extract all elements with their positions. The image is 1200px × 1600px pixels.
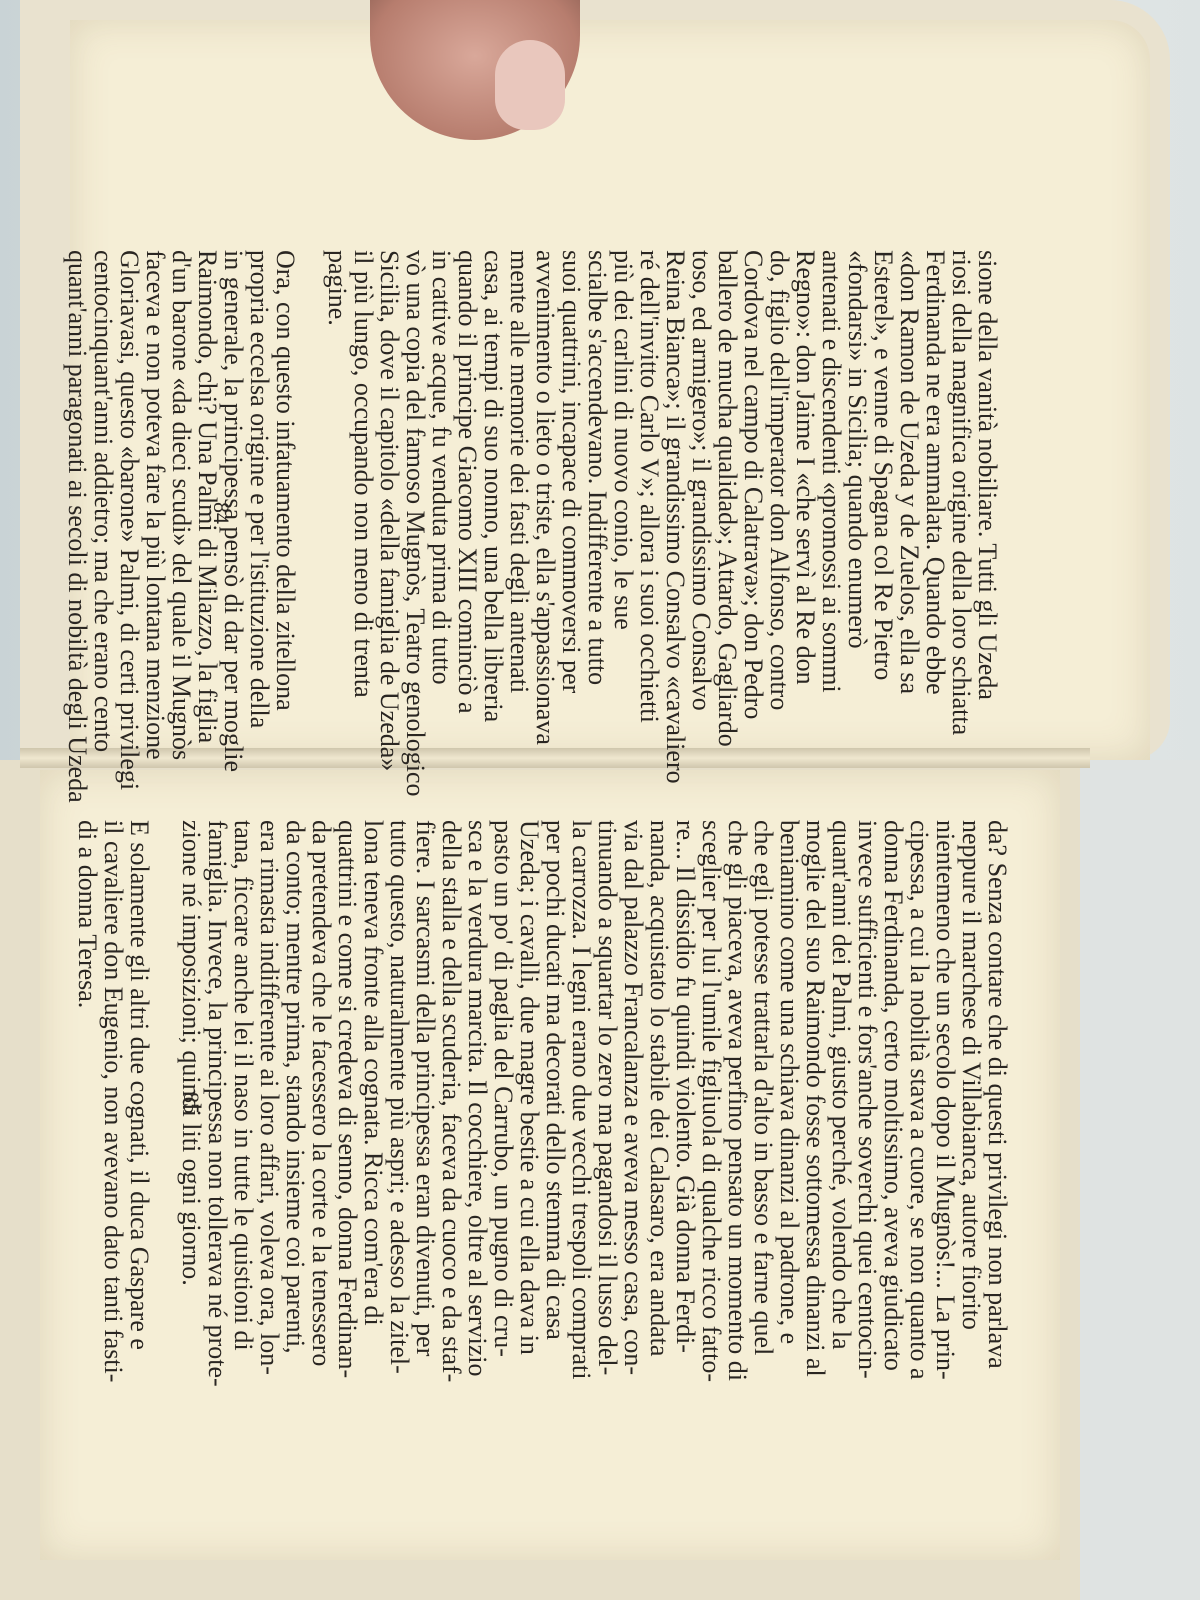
text-line: sca e la verdura marcita. Il cocchiere, … (464, 820, 490, 1420)
page-85-text: da? Senza contare che di questi privileg… (74, 820, 1010, 1420)
text-line: più dei carlini di nuovo conio, le sue (610, 250, 636, 730)
text-line: riosi della magnifica origine della loro… (948, 250, 974, 730)
text-line: della stalla e della scuderia, faceva da… (438, 820, 464, 1420)
text-line: Ferdinanda ne era ammalata. Quando ebbe (922, 250, 948, 730)
text-line: centocinquant'anni addietro; ma che eran… (90, 250, 116, 730)
text-line: do, figlio dell'imperator don Alfonso, c… (766, 250, 792, 730)
text-line: era rimasta indifferente ai loro affari,… (256, 820, 282, 1420)
text-line: che gli piaceva, aveva perfino pensato u… (724, 820, 750, 1420)
text-line: suoi quattrini, incapace di commoversi p… (558, 250, 584, 730)
text-line: Sicilia, dove il capitolo «della famigli… (376, 250, 402, 730)
text-line: neppure il marchese di Villabianca, auto… (958, 820, 984, 1420)
text-line: fiere. I sarcasmi della principessa eran… (412, 820, 438, 1420)
text-line (152, 820, 178, 1420)
text-line: Ora, con questo infatuamento della zitel… (272, 250, 298, 730)
text-line: pagine. (324, 250, 350, 730)
text-line: lona teneva fronte alla cognata. Ricca c… (360, 820, 386, 1420)
text-line: d'un barone «da dieci scudi» del quale i… (168, 250, 194, 730)
text-line: quattrini e come si credeva di senno, do… (334, 820, 360, 1420)
text-line: moglie del suo Raimondo fosse sottomessa… (802, 820, 828, 1420)
text-line: beniamino come una schiava dinanzi al pa… (776, 820, 802, 1420)
text-line: pasto un po' di paglia del Carrubo, un p… (490, 820, 516, 1420)
text-line: avvenimento o lieto o triste, ella s'app… (532, 250, 558, 730)
text-line: per pochi ducati ma decorati dello stemm… (542, 820, 568, 1420)
text-line: Cordova nel campo di Calatrava»; don Ped… (740, 250, 766, 730)
text-line: Uzeda; i cavalli, due magre bestie a cui… (516, 820, 542, 1420)
text-line: propria eccelsa origine e per l'istituzi… (246, 250, 272, 730)
text-line: antenati e discendenti «promossi ai somm… (818, 250, 844, 730)
text-line: via dal palazzo Francalanza e aveva mess… (620, 820, 646, 1420)
text-line: quant'anni dei Palmi, giusto perché, vol… (828, 820, 854, 1420)
text-line: Raimondo, chi? Una Palmi di Milazzo, la … (194, 250, 220, 730)
text-line: E solamente gli altri due cognati, il du… (126, 820, 152, 1420)
text-line: toso, ed armigero»; il grandissimo Consa… (688, 250, 714, 730)
text-line: quant'anni paragonati ai secoli di nobil… (64, 250, 90, 730)
text-line (298, 250, 324, 730)
text-line: cipessa, a cui la nobiltà stava a cuore,… (906, 820, 932, 1420)
text-line: zione né imposizioni; quindi liti ogni g… (178, 820, 204, 1420)
text-line: di a donna Teresa. (74, 820, 100, 1420)
text-line: Esterel», e venne di Spagna col Re Pietr… (870, 250, 896, 730)
text-line: sione della vanità nobiliare. Tutti gli … (974, 250, 1000, 730)
text-line: Reina Bianca»; il grandissimo Consalvo «… (662, 250, 688, 730)
text-line: nanda, acquistato lo stabile dei Calasar… (646, 820, 672, 1420)
text-line: mente alle memorie dei fasti degli anten… (506, 250, 532, 730)
text-line: da? Senza contare che di questi privileg… (984, 820, 1010, 1420)
text-line: quando il principe Giacomo XIII cominciò… (454, 250, 480, 730)
text-line: vò una copia del famoso Mugnòs, Teatro g… (402, 250, 428, 730)
text-line: Gloriavasi, questo «barone» Palmi, di ce… (116, 250, 142, 730)
text-line: la carrozza. I legni erano due vecchi tr… (568, 820, 594, 1420)
text-line: in cattive acque, fu venduta prima di tu… (428, 250, 454, 730)
text-line: ballero de mucha qualidad»; Attardo, Gag… (714, 250, 740, 730)
page-number-84: 84 (208, 502, 234, 524)
text-line: che egli potesse trattarla d'alto in bas… (750, 820, 776, 1420)
text-line: da pretendeva che le facessero la corte … (308, 820, 334, 1420)
text-line: in generale, la principessa pensò di dar… (220, 250, 246, 730)
text-line: ré dell'invitto Carlo V»; allora i suoi … (636, 250, 662, 730)
text-line: sceglier per lui l'umile figliuola di qu… (698, 820, 724, 1420)
text-line: nientemeno che un secolo dopo il Mugnòs!… (932, 820, 958, 1420)
text-line: il più lungo, occupando non meno di tren… (350, 250, 376, 730)
text-line: il cavaliere don Eugenio, non avevano da… (100, 820, 126, 1420)
page-84-text: sione della vanità nobiliare. Tutti gli … (64, 250, 1000, 730)
text-line: «don Ramon de Uzeda y de Zuelos, ella sa (896, 250, 922, 730)
text-line: invece sufficienti e fors'anche soverchi… (854, 820, 880, 1420)
text-line: re... Il dissidio fu quindi violento. Gi… (672, 820, 698, 1420)
text-line: tutto questo, naturalmente più aspri; e … (386, 820, 412, 1420)
text-line: faceva e non poteva fare la più lontana … (142, 250, 168, 730)
text-line: tana, ficcare anche lei il naso in tutte… (230, 820, 256, 1420)
text-line: «fondarsi» in Sicilia; quando enumerò (844, 250, 870, 730)
text-line: da conto; mentre prima, stando insieme c… (282, 820, 308, 1420)
text-line: casa, ai tempi di suo nonno, una bella l… (480, 250, 506, 730)
text-line: tinuando a squartar lo zero ma pagandosi… (594, 820, 620, 1420)
text-line: famiglia. Invece, la principessa non tol… (204, 820, 230, 1420)
page-number-85: 85 (178, 1092, 204, 1114)
text-line: Regno»: don Jaime I «che servì al Re don (792, 250, 818, 730)
text-line: scialbe s'accendevano. Indifferente a tu… (584, 250, 610, 730)
text-line: donna Ferdinanda, certo moltissimo, avev… (880, 820, 906, 1420)
thumbnail-nail (495, 40, 565, 130)
